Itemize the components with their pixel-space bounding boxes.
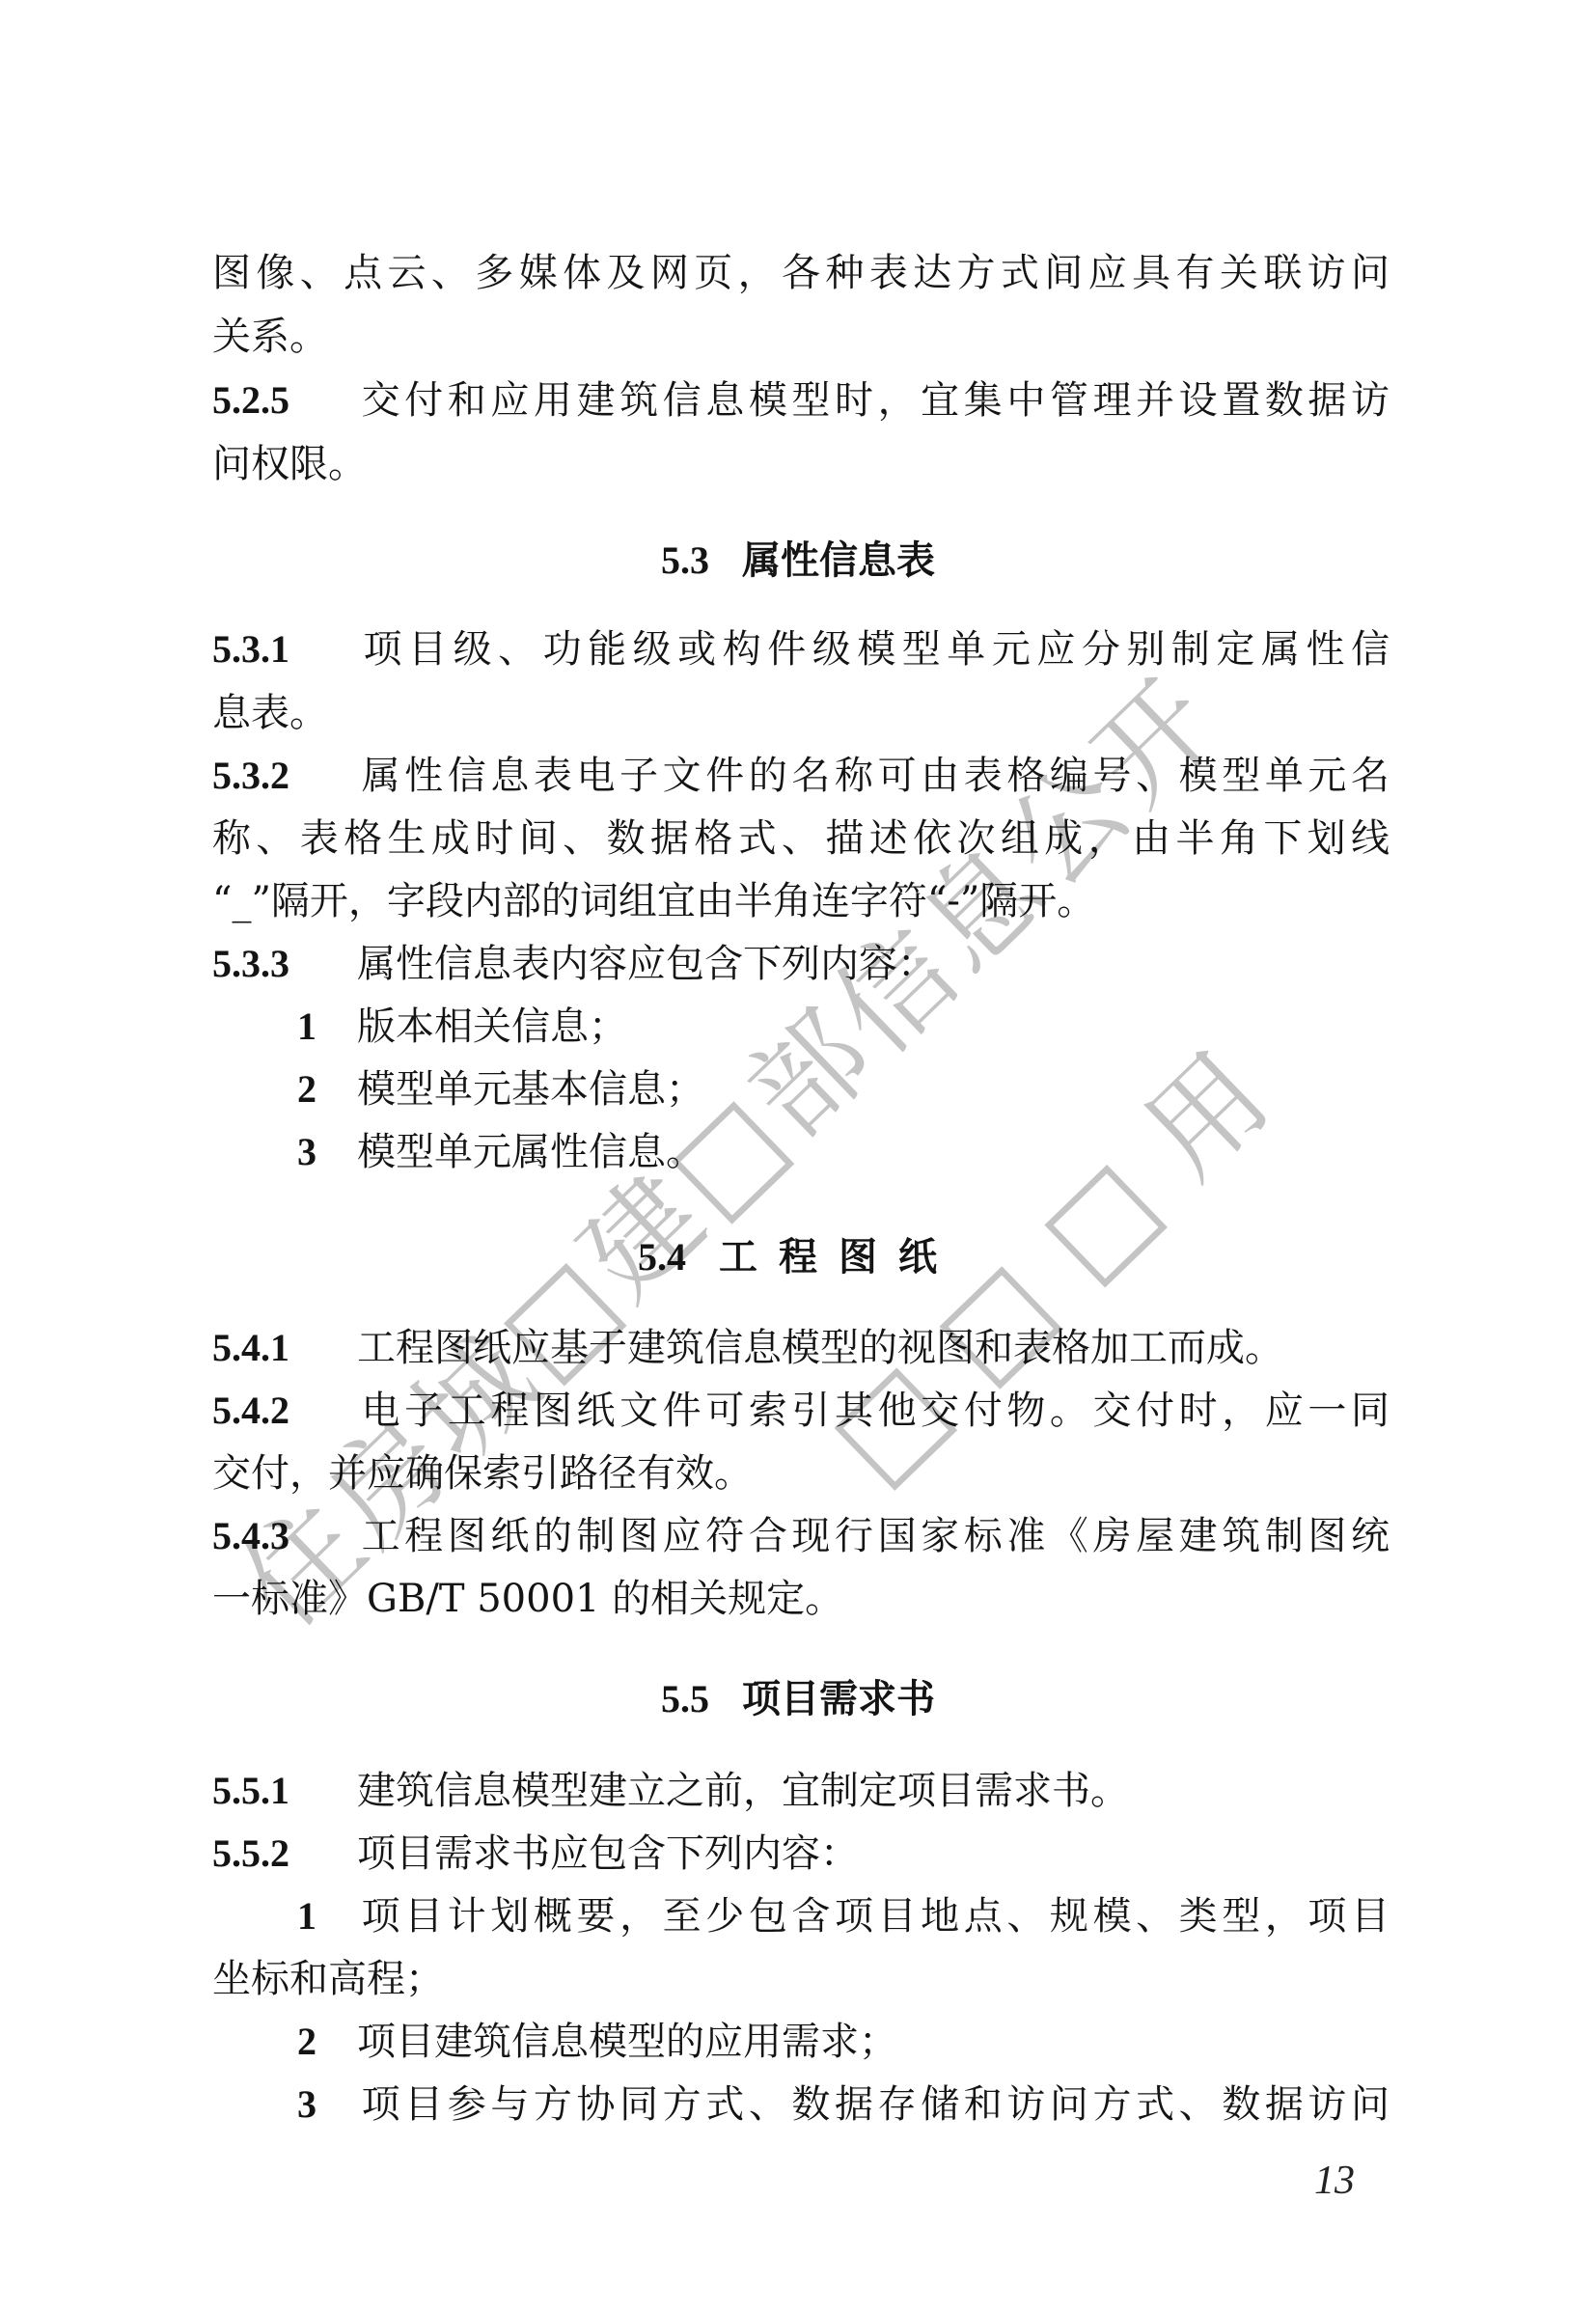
clause-5-5-1: 5.5.1建筑信息模型建立之前，宜制定项目需求书。 bbox=[212, 1759, 1390, 1823]
clause-5-3-1: 5.3.1项目级、功能级或构件级模型单元应分别制定属性信 bbox=[212, 618, 1390, 681]
section-title: 项目需求书 bbox=[742, 1677, 935, 1721]
list-item: 3模型单元属性信息。 bbox=[212, 1120, 1390, 1184]
line-text: 属性信息表电子文件的名称可由表格编号、模型单元名 bbox=[357, 754, 1390, 798]
clause-number: 5.4.2 bbox=[212, 1379, 357, 1443]
line-text: 问权限。 bbox=[212, 442, 367, 486]
line-text: 图像、点云、多媒体及网页，各种表达方式间应具有关联访问 bbox=[212, 251, 1390, 295]
line-text: 称、表格生成时间、数据格式、描述依次组成，由半角下划线 bbox=[212, 816, 1390, 861]
body-line: 息表。 bbox=[212, 681, 1390, 745]
clause-number: 5.3.1 bbox=[212, 618, 357, 681]
section-title: 属性信息表 bbox=[742, 538, 935, 583]
line-text: 工程图纸的制图应符合现行国家标准《房屋建筑制图统 bbox=[357, 1514, 1390, 1558]
clause-5-3-3: 5.3.3属性信息表内容应包含下列内容： bbox=[212, 932, 1390, 996]
item-number: 1 bbox=[212, 1885, 357, 1948]
clause-5-4-3: 5.4.3工程图纸的制图应符合现行国家标准《房屋建筑制图统 bbox=[212, 1504, 1390, 1568]
line-text: 工程图纸应基于建筑信息模型的视图和表格加工而成。 bbox=[357, 1326, 1283, 1370]
clause-number: 5.2.5 bbox=[212, 369, 357, 432]
line-text: 项目需求书应包含下列内容： bbox=[357, 1831, 859, 1876]
line-text: 版本相关信息； bbox=[357, 1004, 627, 1049]
section-title: 工程图纸 bbox=[719, 1235, 958, 1279]
list-item: 2项目建筑信息模型的应用需求； bbox=[212, 2010, 1390, 2074]
line-text: 息表。 bbox=[212, 691, 328, 735]
line-text: 坐标和高程； bbox=[212, 1957, 444, 2001]
clause-number: 5.3.2 bbox=[212, 744, 357, 808]
section-heading-5-3: 5.3属性信息表 bbox=[0, 529, 1596, 592]
body-line: 交付，并应确保索引路径有效。 bbox=[212, 1442, 1390, 1505]
item-number: 1 bbox=[212, 995, 357, 1059]
line-text: 建筑信息模型建立之前，宜制定项目需求书。 bbox=[357, 1769, 1129, 1813]
item-number: 3 bbox=[212, 2073, 357, 2136]
list-item: 1版本相关信息； bbox=[212, 995, 1390, 1059]
line-text: 模型单元基本信息； bbox=[357, 1067, 704, 1112]
line-text: 电子工程图纸文件可索引其他交付物。交付时，应一同 bbox=[357, 1389, 1390, 1433]
list-item: 1项目计划概要，至少包含项目地点、规模、类型，项目 bbox=[212, 1885, 1390, 1948]
line-text: 属性信息表内容应包含下列内容： bbox=[357, 942, 936, 986]
body-line: “_”隔开，字段内部的词组宜由半角连字符“-”隔开。 bbox=[212, 869, 1390, 933]
line-text: 项目计划概要，至少包含项目地点、规模、类型，项目 bbox=[357, 1894, 1390, 1939]
line-text: 交付，并应确保索引路径有效。 bbox=[212, 1451, 753, 1496]
line-text: 项目参与方协同方式、数据存储和访问方式、数据访问 bbox=[357, 2082, 1390, 2127]
line-text: 模型单元属性信息。 bbox=[357, 1130, 704, 1174]
clause-number: 5.5.2 bbox=[212, 1822, 357, 1885]
line-text: 项目级、功能级或构件级模型单元应分别制定属性信 bbox=[357, 627, 1390, 672]
line-text: 项目建筑信息模型的应用需求； bbox=[357, 2020, 897, 2064]
section-heading-5-5: 5.5项目需求书 bbox=[0, 1667, 1596, 1731]
body-line: 称、表格生成时间、数据格式、描述依次组成，由半角下划线 bbox=[212, 807, 1390, 870]
body-line: 图像、点云、多媒体及网页，各种表达方式间应具有关联访问 bbox=[212, 241, 1390, 305]
section-number: 5.4 bbox=[638, 1235, 686, 1279]
item-number: 2 bbox=[212, 1058, 357, 1121]
clause-number: 5.4.3 bbox=[212, 1504, 357, 1568]
clause-number: 5.5.1 bbox=[212, 1759, 357, 1823]
list-item: 2模型单元基本信息； bbox=[212, 1058, 1390, 1121]
clause-5-4-1: 5.4.1工程图纸应基于建筑信息模型的视图和表格加工而成。 bbox=[212, 1316, 1390, 1380]
section-heading-5-4: 5.4工程图纸 bbox=[0, 1225, 1596, 1289]
clause-5-4-2: 5.4.2电子工程图纸文件可索引其他交付物。交付时，应一同 bbox=[212, 1379, 1390, 1443]
item-number: 3 bbox=[212, 1120, 357, 1184]
clause-number: 5.3.3 bbox=[212, 932, 357, 996]
body-line: 坐标和高程； bbox=[212, 1947, 1390, 2011]
line-text: 一标准》GB/T 50001 的相关规定。 bbox=[212, 1577, 843, 1621]
section-number: 5.5 bbox=[661, 1677, 709, 1720]
clause-5-5-2: 5.5.2项目需求书应包含下列内容： bbox=[212, 1822, 1390, 1885]
clause-5-2-5: 5.2.5交付和应用建筑信息模型时，宜集中管理并设置数据访 bbox=[212, 369, 1390, 432]
clause-number: 5.4.1 bbox=[212, 1316, 357, 1380]
line-text: “_”隔开，字段内部的词组宜由半角连字符“-”隔开。 bbox=[212, 879, 1095, 923]
body-line: 一标准》GB/T 50001 的相关规定。 bbox=[212, 1567, 1390, 1631]
item-number: 2 bbox=[212, 2010, 357, 2074]
list-item: 3项目参与方协同方式、数据存储和访问方式、数据访问 bbox=[212, 2073, 1390, 2136]
page-number: 13 bbox=[1314, 2158, 1355, 2204]
text-layer: 图像、点云、多媒体及网页，各种表达方式间应具有关联访问 关系。 5.2.5交付和… bbox=[0, 0, 1596, 2311]
section-number: 5.3 bbox=[661, 538, 709, 582]
body-line: 关系。 bbox=[212, 305, 1390, 369]
line-text: 关系。 bbox=[212, 315, 328, 359]
line-text: 交付和应用建筑信息模型时，宜集中管理并设置数据访 bbox=[357, 378, 1390, 423]
body-line: 问权限。 bbox=[212, 432, 1390, 496]
document-page: 图像、点云、多媒体及网页，各种表达方式间应具有关联访问 关系。 5.2.5交付和… bbox=[0, 0, 1596, 2311]
clause-5-3-2: 5.3.2属性信息表电子文件的名称可由表格编号、模型单元名 bbox=[212, 744, 1390, 808]
